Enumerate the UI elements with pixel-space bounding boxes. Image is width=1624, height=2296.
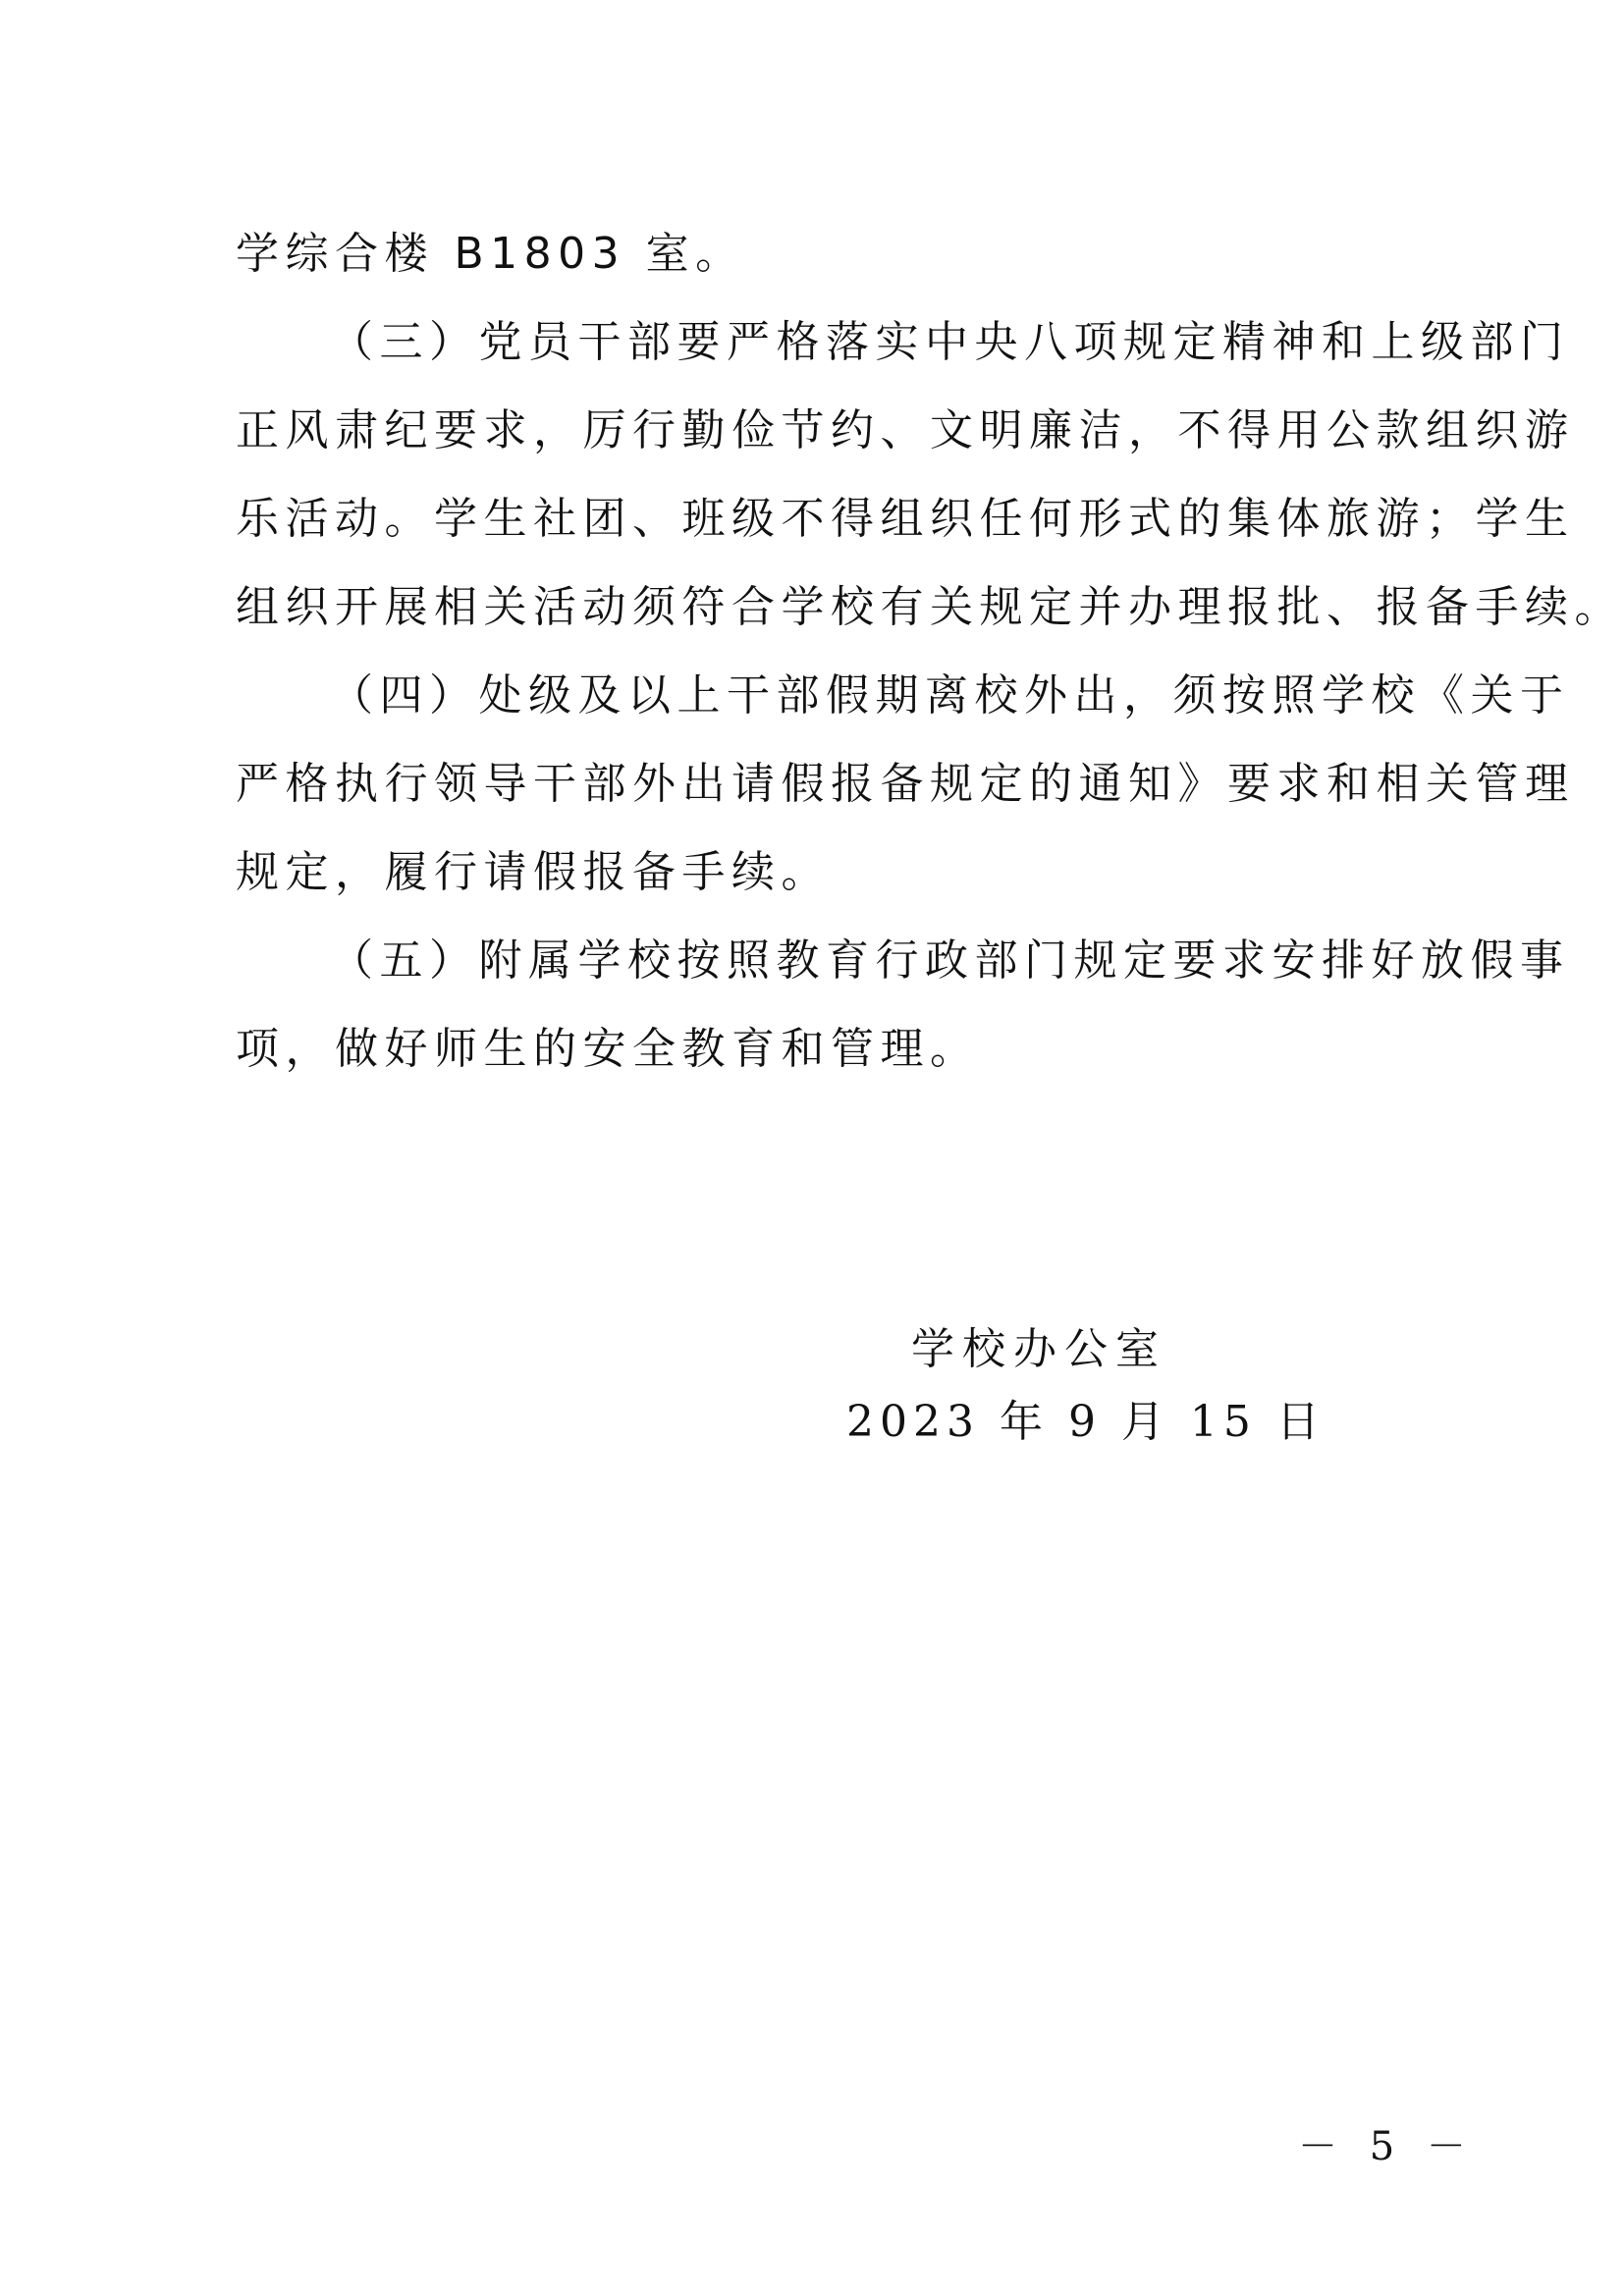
body-text: 学综合楼 B1803 室。 （三）党员干部要严格落实中央八项规定精神和上级部门 … [236, 210, 1404, 1094]
document-page: 学综合楼 B1803 室。 （三）党员干部要严格落实中央八项规定精神和上级部门 … [0, 0, 1624, 2296]
paragraph-line: 规定，履行请假报备手续。 [236, 828, 1404, 917]
paragraph-line: 严格执行领导干部外出请假报备规定的通知》要求和相关管理 [236, 740, 1404, 828]
paragraph-line: 学综合楼 B1803 室。 [236, 210, 1404, 298]
paragraph-line-item-4: （四）处级及以上干部假期离校外出，须按照学校《关于 [236, 652, 1404, 740]
page-number: － 5 － [1298, 2115, 1476, 2171]
paragraph-line: 项，做好师生的安全教育和管理。 [236, 1005, 1404, 1094]
paragraph-line-item-3: （三）党员干部要严格落实中央八项规定精神和上级部门 [236, 298, 1404, 387]
paragraph-line: 正风肃纪要求，厉行勤俭节约、文明廉洁，不得用公款组织游 [236, 387, 1404, 475]
paragraph-line: 组织开展相关活动须符合学校有关规定并办理报批、报备手续。 [236, 563, 1404, 652]
signature-date: 2023 年 9 月 15 日 [846, 1386, 1326, 1449]
paragraph-line-item-5: （五）附属学校按照教育行政部门规定要求安排好放假事 [236, 917, 1404, 1005]
signature-office: 学校办公室 [911, 1313, 1166, 1376]
paragraph-line: 乐活动。学生社团、班级不得组织任何形式的集体旅游；学生 [236, 475, 1404, 563]
